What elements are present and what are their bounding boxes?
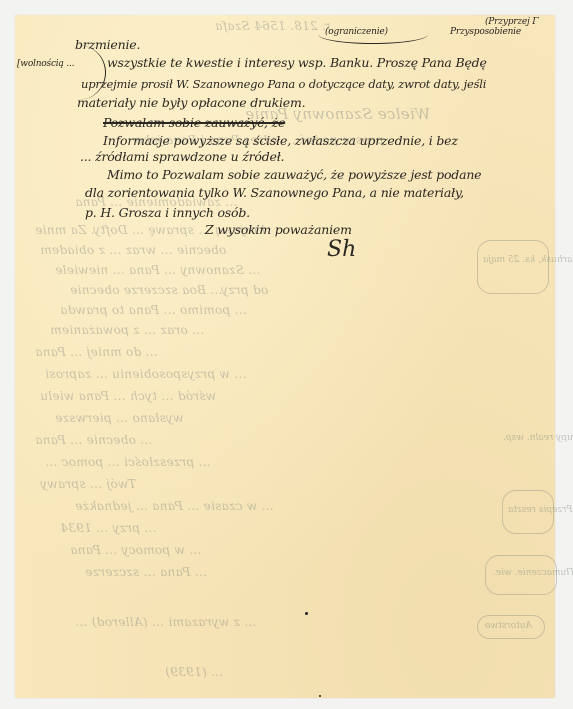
bleed-line: obecnie ... wraz ... z obiadem bbox=[40, 243, 226, 257]
bleed-margin-note: Tłóstwo Grupy realn. wsp. bbox=[503, 433, 573, 443]
bleed-margin-note: Przepis reszta bbox=[508, 505, 573, 515]
bleed-margin-note: Tłumaczenie. wie. bbox=[493, 568, 573, 578]
bleed-line: Twój ... sprawy bbox=[40, 477, 136, 491]
letter-line: materiały nie były opłacone drukiem. bbox=[77, 95, 305, 110]
letter-line: Mimo to Pozwalam sobie zauważyć, że powy… bbox=[107, 167, 481, 182]
signature: Sh bbox=[327, 237, 356, 262]
letter-line: Informacje powyższe są ścisłe, zwłaszcza… bbox=[103, 133, 458, 148]
manuscript-page: r. 218. 1564 Szafa Wielce Szanowny Panie… bbox=[15, 15, 555, 698]
bleed-line: ... w przysposobieniu ... zaprosi bbox=[45, 367, 246, 381]
closing-salutation: Z wysokim poważaniem bbox=[205, 222, 352, 237]
margin-note-top-right: (Przyprzej Γ bbox=[485, 17, 538, 27]
bleed-line: wśród ... tych ... Pana wielu bbox=[40, 389, 216, 403]
letter-line: wszystkie te kwestie i interesy wsp. Ban… bbox=[107, 55, 487, 70]
bleed-line: ... w pomocy ... Pana bbox=[70, 543, 201, 557]
letter-line: dla zorientowania tylko W. Szanownego Pa… bbox=[85, 185, 464, 200]
bleed-line: ... z wyrazami ... (Allerod) ... bbox=[75, 615, 256, 629]
bleed-line: ... w czasie ... Pana ... jednakże bbox=[75, 499, 274, 513]
letter-line: brzmienie. bbox=[75, 37, 140, 52]
ink-spot bbox=[305, 612, 308, 615]
letter-line: p. H. Grosza i innych osób. bbox=[85, 205, 250, 220]
bleed-line: ... (1939) bbox=[165, 665, 223, 679]
margin-bracket bbox=[65, 45, 106, 100]
bleed-margin-note: 1 go - 20 - Sarhusk, ks. 25 maja bbox=[483, 255, 573, 265]
margin-bracket bbox=[318, 25, 428, 44]
bleed-line: ... obecnie ... Pana bbox=[35, 433, 152, 447]
bleed-line: ... pomimo ... Pana to prawda bbox=[60, 303, 247, 317]
bleed-line: ... przy ... 1934 bbox=[60, 521, 157, 535]
bleed-margin-box bbox=[477, 240, 549, 294]
bleed-line: ... oraz ... z poważaniem bbox=[50, 323, 204, 337]
margin-note-przysposobienie: Przysposobienie bbox=[450, 27, 521, 37]
bleed-line: ... Pana ... szczerze bbox=[85, 565, 207, 579]
ink-spot bbox=[319, 695, 321, 697]
bleed-line: ... do mniej ... Pana bbox=[35, 345, 158, 359]
bleed-line: ... przeszłości ... pomoc ... bbox=[45, 455, 211, 469]
bleed-line: r. 218. 1564 Szafa bbox=[215, 19, 331, 33]
bleed-line: od przy... Boa szczerze obecnie bbox=[70, 283, 268, 297]
bleed-line: ... Szanowny ... Pana ... niewiele bbox=[55, 263, 260, 277]
bleed-line: wysłano ... pierwsze bbox=[55, 411, 184, 425]
bleed-margin-note: Autorstwo bbox=[485, 621, 532, 631]
letter-line-struck: Pozwalam sobie zauważyć, że bbox=[103, 115, 285, 130]
letter-line: uprzejmie prosił W. Szanownego Pana o do… bbox=[81, 77, 486, 91]
letter-line: ... źródłami sprawdzone u źródeł. bbox=[80, 149, 284, 164]
